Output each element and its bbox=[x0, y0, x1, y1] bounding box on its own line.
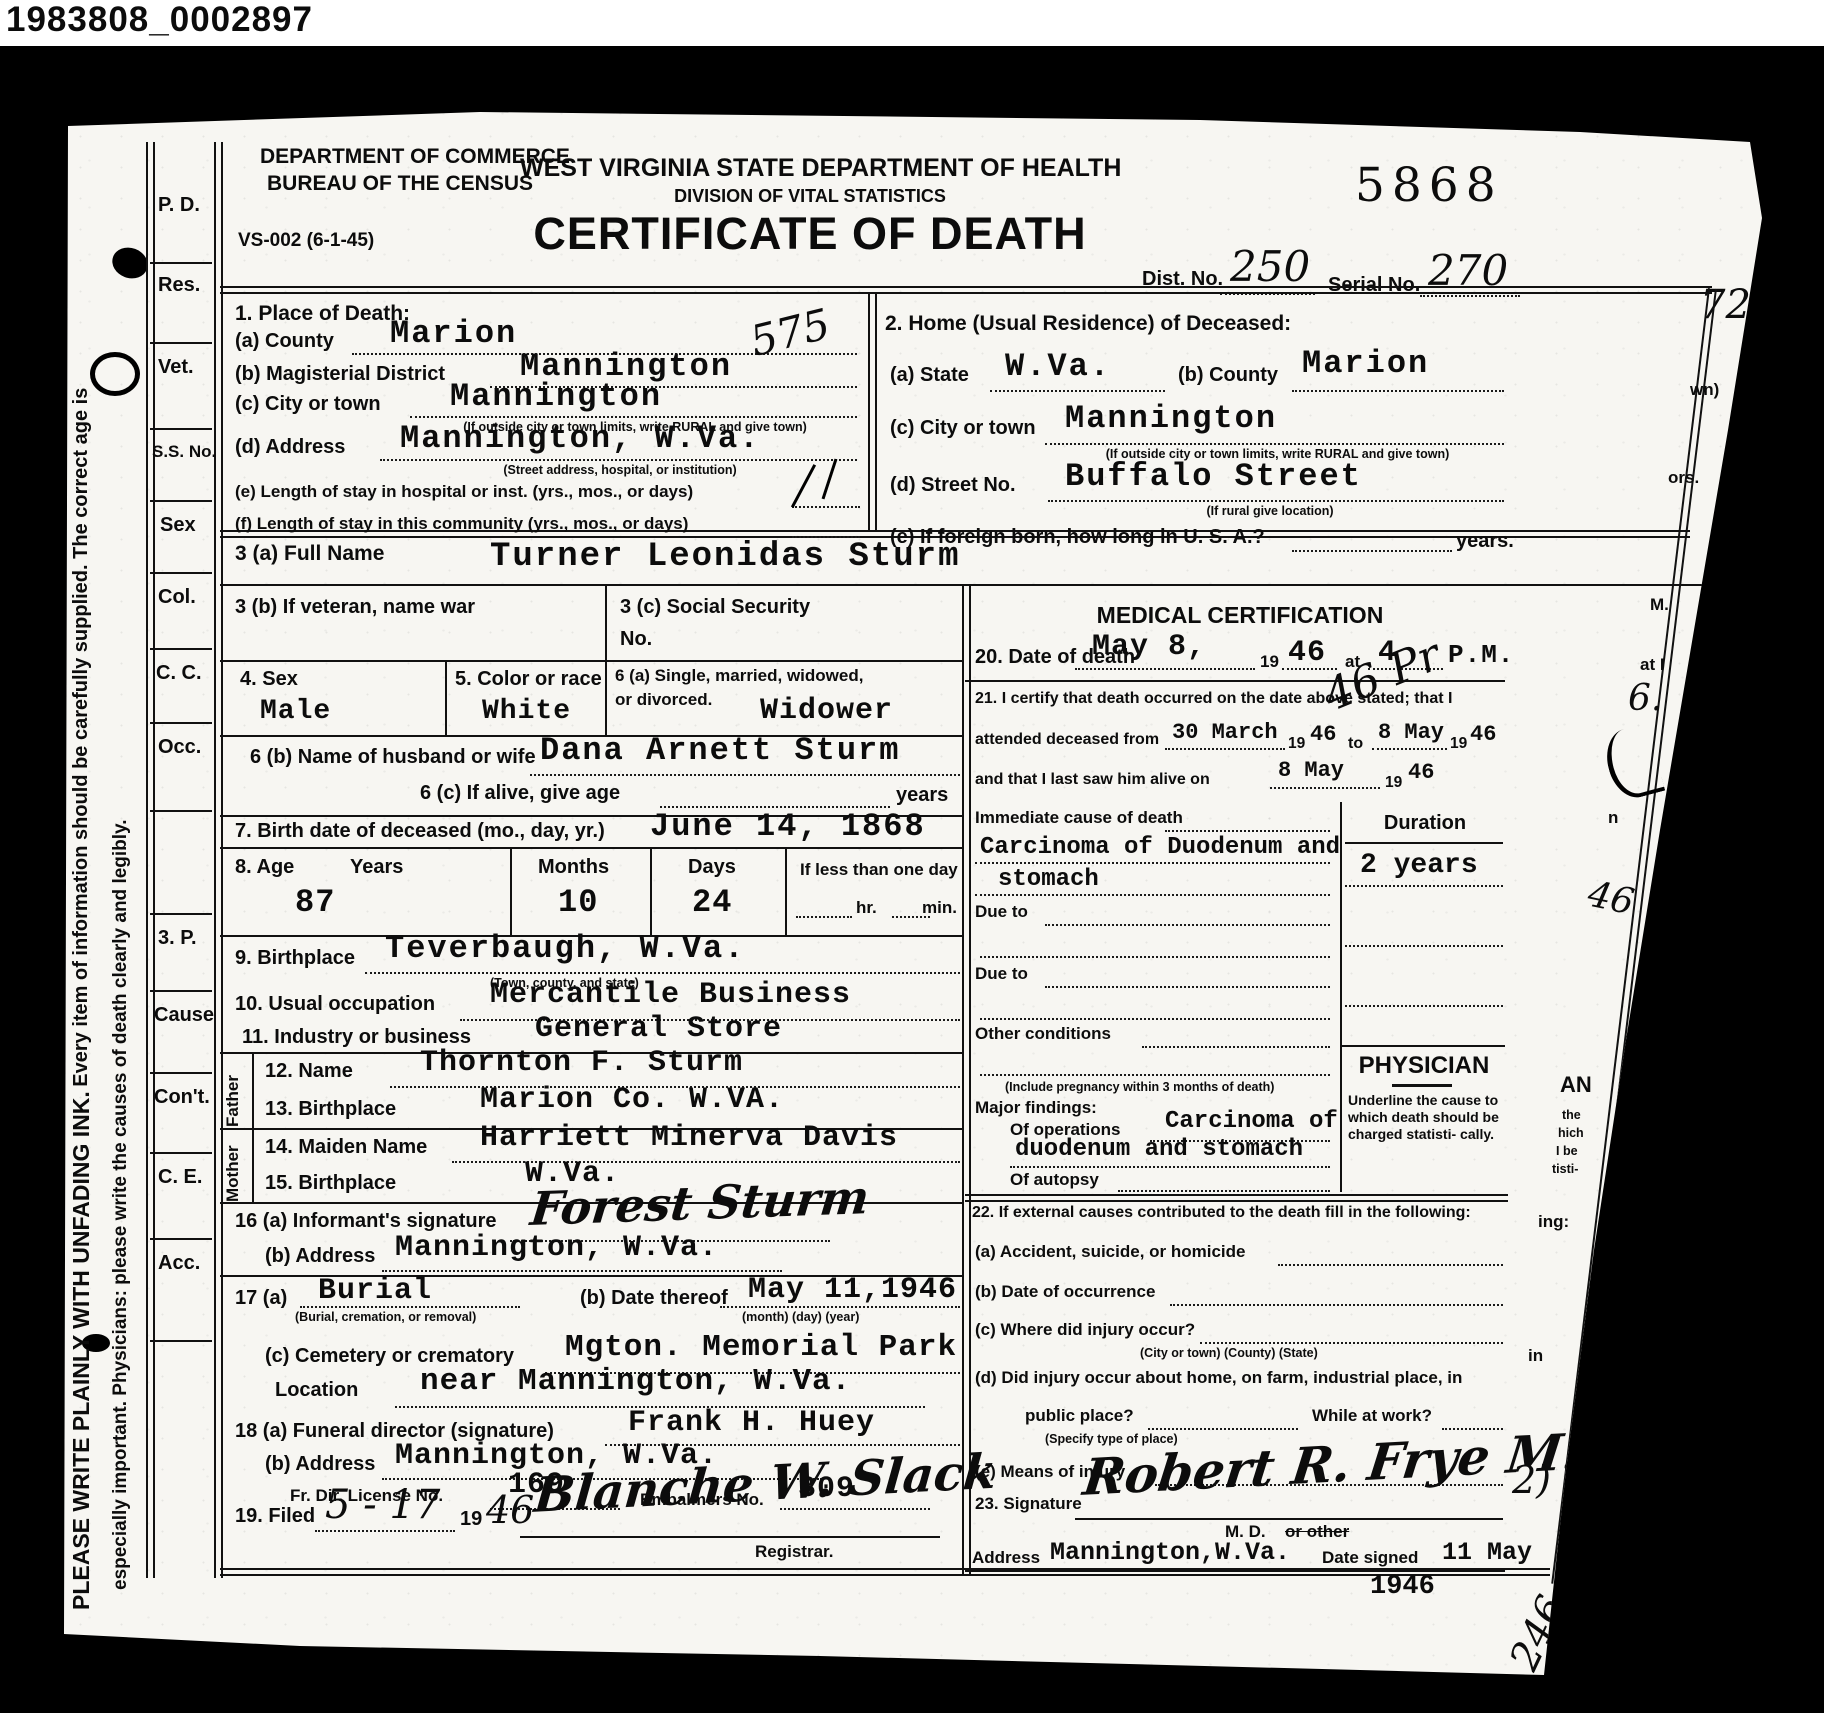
cell-divider bbox=[252, 1052, 254, 1202]
place-of-death-title: 1. Place of Death: bbox=[235, 302, 410, 326]
divider bbox=[520, 1536, 940, 1538]
of-operations-value1: Carcinoma of bbox=[1165, 1108, 1338, 1135]
res-state-label: (a) State bbox=[890, 364, 969, 387]
divider bbox=[220, 847, 962, 849]
due-to-label-1: Due to bbox=[975, 902, 1028, 922]
date-of-death-year: 46 bbox=[1288, 636, 1326, 670]
underpage-fragment: wn) bbox=[1690, 380, 1719, 400]
age-months-label: Months bbox=[538, 856, 609, 879]
father-name-value: Thornton F. Sturm bbox=[420, 1046, 743, 1080]
cemetery-value: Mgton. Memorial Park bbox=[565, 1330, 957, 1365]
header-division: DIVISION OF VITAL STATISTICS bbox=[520, 186, 1100, 207]
physician-underline-mark bbox=[1392, 1084, 1452, 1087]
pod-district-label: (b) Magisterial District bbox=[235, 363, 445, 386]
spouse-age-label: 6 (c) If alive, give age bbox=[420, 782, 620, 805]
accident-suicide-label: (a) Accident, suicide, or homicide bbox=[975, 1242, 1245, 1262]
dotted-line bbox=[410, 416, 857, 418]
duration-label: Duration bbox=[1350, 812, 1500, 835]
margin-label-col: Col. bbox=[158, 586, 196, 609]
of-autopsy-label: Of autopsy bbox=[1010, 1170, 1099, 1190]
scanned-death-certificate: { "file_label": "1983808_0002897", "head… bbox=[0, 0, 1824, 1713]
underpage-fragment: ors. bbox=[1668, 468, 1699, 488]
date-signed-label: Date signed bbox=[1322, 1548, 1418, 1568]
res-street-note: (If rural give location) bbox=[1120, 504, 1420, 518]
pod-stay-hospital-label: (e) Length of stay in hospital or inst. … bbox=[235, 482, 693, 502]
residence-title: 2. Home (Usual Residence) of Deceased: bbox=[885, 312, 1291, 336]
mother-side-label: Mother bbox=[223, 1130, 243, 1202]
father-birthplace-label: 13. Birthplace bbox=[265, 1098, 396, 1121]
age-less-than-day-label: If less than one day bbox=[800, 860, 958, 880]
birthplace-label: 9. Birthplace bbox=[235, 947, 355, 970]
mother-maiden-name-value: Harriett Minerva Davis bbox=[480, 1121, 898, 1155]
margin-label-res: Res. bbox=[158, 274, 200, 297]
disposal-value: Burial bbox=[318, 1274, 432, 1308]
underpage-fragment: tisti- bbox=[1552, 1162, 1578, 1176]
margin-line2: especially important. Physicians: please… bbox=[110, 820, 131, 1591]
date-of-death-value: May 8, bbox=[1092, 630, 1206, 664]
divider bbox=[150, 1340, 212, 1342]
sex-value: Male bbox=[260, 696, 331, 727]
dotted-line bbox=[975, 862, 1330, 864]
margin-instructions-inner: especially important. Physicians: please… bbox=[110, 210, 132, 1590]
father-birthplace-value: Marion Co. W.VA. bbox=[480, 1083, 784, 1117]
marital-label-line1: 6 (a) Single, married, widowed, bbox=[615, 666, 863, 686]
header-dept-line1: DEPARTMENT OF COMMERCE bbox=[260, 145, 540, 169]
physician-box-note: Underline the cause to which death shoul… bbox=[1348, 1092, 1500, 1142]
age-days-label: Days bbox=[688, 856, 736, 879]
handwritten-scribble-575: 575 bbox=[745, 299, 835, 366]
age-years-value: 87 bbox=[295, 884, 335, 921]
margin-label-ssno: S.S. No. bbox=[152, 442, 216, 462]
cell-divider bbox=[510, 847, 512, 935]
external-causes-label: 22. If external causes contributed to th… bbox=[972, 1204, 1471, 1222]
label-column-right-rule bbox=[214, 142, 223, 1578]
dotted-line bbox=[980, 1074, 1330, 1076]
age-years-label: Years bbox=[350, 856, 403, 879]
underpage-fragment: ing: bbox=[1538, 1212, 1569, 1232]
divider bbox=[1345, 842, 1503, 844]
attended-to-value: 8 May bbox=[1378, 720, 1444, 745]
attended-from-value: 30 March bbox=[1172, 720, 1278, 745]
margin-label-cause: Cause bbox=[154, 1004, 214, 1027]
divider bbox=[150, 810, 212, 812]
header-form-number: VS-002 (6-1-45) bbox=[238, 230, 374, 252]
major-findings-label: Major findings: bbox=[975, 1098, 1097, 1118]
certificate-page: PLEASE WRITE PLAINLY WITH UNFADING INK. … bbox=[60, 90, 1767, 1702]
margin-label-vet: Vet. bbox=[158, 356, 194, 379]
where-injury-note: (City or town) (County) (State) bbox=[1140, 1346, 1318, 1360]
immediate-cause-label: Immediate cause of death bbox=[975, 808, 1183, 828]
marital-label-line2: or divorced. bbox=[615, 690, 712, 710]
registrar-label: Registrar. bbox=[755, 1542, 833, 1562]
dotted-line bbox=[1165, 830, 1330, 832]
immediate-cause-line2: stomach bbox=[998, 866, 1099, 893]
underpage-fragment-handwriting: 46 bbox=[1584, 874, 1637, 924]
last-saw-year-prefix: 19 bbox=[1385, 774, 1402, 792]
res-street-value: Buffalo Street bbox=[1065, 458, 1362, 495]
public-place-label: public place? bbox=[1025, 1406, 1134, 1426]
divider bbox=[150, 342, 212, 344]
section-divider bbox=[868, 294, 877, 532]
disposal-label: 17 (a) bbox=[235, 1287, 287, 1310]
date-signed-value1: 11 May bbox=[1442, 1538, 1532, 1567]
scan-id: 1983808_0002897 bbox=[6, 0, 313, 40]
father-side-label: Father bbox=[223, 1055, 243, 1127]
full-name-value: Turner Leonidas Sturm bbox=[490, 538, 960, 576]
underpage-fragment: AN bbox=[1560, 1072, 1592, 1098]
spouse-age-suffix: years bbox=[896, 784, 948, 807]
funeral-director-value: Frank H. Huey bbox=[628, 1406, 875, 1440]
divider bbox=[150, 428, 212, 430]
divider bbox=[965, 1194, 1508, 1202]
pod-county-label: (a) County bbox=[235, 330, 334, 353]
dotted-line bbox=[1045, 924, 1330, 926]
occupation-value: Mercantile Business bbox=[490, 978, 851, 1012]
informant-signature-label: 16 (a) Informant's signature bbox=[235, 1210, 496, 1233]
dotted-line bbox=[1010, 1166, 1330, 1168]
date-of-occurrence-label: (b) Date of occurrence bbox=[975, 1282, 1155, 1302]
margin-label-pd: P. D. bbox=[158, 194, 200, 217]
immediate-cause-line1: Carcinoma of Duodenum and bbox=[980, 834, 1340, 861]
director-address-label: (b) Address bbox=[265, 1453, 375, 1476]
death-ampm-value: P.M. bbox=[1448, 640, 1514, 670]
sex-label: 4. Sex bbox=[240, 668, 298, 691]
pod-address-value: Mannington, W.Va. bbox=[400, 420, 760, 457]
attended-from-year: 46 bbox=[1310, 722, 1336, 747]
dist-no-value: 250 bbox=[1230, 242, 1310, 291]
dotted-line bbox=[980, 956, 1330, 958]
dotted-line bbox=[1075, 668, 1255, 670]
physician-address-value: Mannington,W.Va. bbox=[1050, 1538, 1290, 1567]
mother-birthplace-label: 15. Birthplace bbox=[265, 1172, 396, 1195]
physician-address-label: Address bbox=[972, 1548, 1040, 1568]
dotted-line bbox=[1170, 1304, 1503, 1306]
attended-from-year-prefix: 19 bbox=[1288, 735, 1305, 753]
divider bbox=[150, 913, 212, 915]
underpage-fragment: M. bbox=[1650, 595, 1669, 615]
last-saw-alive-value: 8 May bbox=[1278, 758, 1344, 783]
divider bbox=[150, 722, 212, 724]
date-of-death-year-prefix: 19 bbox=[1260, 652, 1279, 672]
dotted-line bbox=[1142, 1046, 1330, 1048]
pod-city-label: (c) City or town bbox=[235, 393, 381, 416]
dotted-line bbox=[1045, 443, 1504, 445]
header-dept-line2: BUREAU OF THE CENSUS bbox=[260, 172, 540, 196]
dotted-line bbox=[1278, 1264, 1503, 1266]
dotted-line bbox=[1292, 390, 1504, 392]
dotted-line bbox=[1345, 885, 1503, 887]
dotted-line bbox=[380, 459, 857, 461]
dotted-line bbox=[1372, 748, 1447, 750]
where-injury-label: (c) Where did injury occur? bbox=[975, 1320, 1195, 1340]
cell-divider bbox=[785, 847, 787, 935]
duration-value: 2 years bbox=[1360, 850, 1478, 881]
divider bbox=[150, 1152, 212, 1154]
disposal-date-label: (b) Date thereof bbox=[580, 1287, 728, 1310]
full-name-label: 3 (a) Full Name bbox=[235, 542, 384, 566]
last-saw-alive-label: and that I last saw him alive on bbox=[975, 771, 1210, 789]
underpage-fragment: I be bbox=[1556, 1144, 1578, 1158]
divider bbox=[1340, 1045, 1505, 1047]
dotted-line bbox=[1292, 550, 1452, 552]
underpage-fragment-handwriting: 246 bbox=[1501, 1589, 1575, 1678]
disposal-date-value: May 11,1946 bbox=[748, 1273, 957, 1307]
dotted-line bbox=[315, 1530, 455, 1532]
cemetery-location-value: near Mannington, W.Va. bbox=[420, 1364, 851, 1399]
pod-address-label: (d) Address bbox=[235, 436, 345, 459]
margin-label-acc: Acc. bbox=[158, 1252, 200, 1275]
filed-label: 19. Filed bbox=[235, 1505, 315, 1528]
informant-signature: Forest Sturm bbox=[528, 1170, 872, 1236]
dotted-line bbox=[1200, 1342, 1503, 1344]
label-column-left-rule bbox=[146, 142, 155, 1578]
document-title: CERTIFICATE OF DEATH bbox=[490, 208, 1130, 260]
dotted-line bbox=[1048, 500, 1504, 502]
res-county-label: (b) County bbox=[1178, 364, 1278, 387]
physician-signature-label: 23. Signature bbox=[975, 1494, 1082, 1514]
dotted-line bbox=[796, 916, 852, 918]
cell-divider bbox=[605, 660, 607, 735]
spouse-label: 6 (b) Name of husband or wife bbox=[250, 746, 536, 769]
veteran-war-label: 3 (b) If veteran, name war bbox=[235, 596, 475, 619]
birth-date-value: June 14, 1868 bbox=[650, 808, 926, 845]
cell-divider bbox=[650, 847, 652, 935]
filed-date-value: 5 - 17 bbox=[325, 1482, 440, 1528]
race-value: White bbox=[482, 696, 571, 727]
header-rule bbox=[220, 286, 1712, 294]
underpage-fragment-handwriting: 2) bbox=[1512, 1458, 1551, 1502]
underpage-fragment: in bbox=[1528, 1346, 1543, 1366]
spouse-value: Dana Arnett Sturm bbox=[540, 732, 900, 769]
margin-emphasis: PLEASE WRITE PLAINLY WITH UNFADING INK. bbox=[68, 1091, 94, 1610]
underpage-fragment: the bbox=[1562, 1108, 1581, 1122]
other-conditions-label: Other conditions bbox=[975, 1024, 1111, 1044]
scan-header-strip: 1983808_0002897 bbox=[0, 0, 1824, 46]
physician-box-title: PHYSICIAN bbox=[1345, 1052, 1503, 1080]
dotted-line bbox=[990, 390, 1165, 392]
cell-divider bbox=[605, 584, 607, 660]
medical-certification-title: MEDICAL CERTIFICATION bbox=[1060, 602, 1420, 629]
ssn-label-line1: 3 (c) Social Security bbox=[620, 596, 810, 619]
dotted-line bbox=[365, 972, 960, 974]
divider bbox=[220, 660, 962, 662]
attended-to-year-prefix: 19 bbox=[1450, 735, 1467, 753]
divider bbox=[150, 648, 212, 650]
column-divider bbox=[962, 584, 971, 1574]
pregnancy-note: (Include pregnancy within 3 months of de… bbox=[1005, 1080, 1274, 1094]
divider bbox=[150, 990, 212, 992]
dotted-line bbox=[1270, 787, 1380, 789]
dotted-line bbox=[382, 1270, 782, 1272]
dotted-line bbox=[975, 894, 1330, 896]
father-name-label: 12. Name bbox=[265, 1060, 353, 1083]
due-to-label-2: Due to bbox=[975, 964, 1028, 984]
dotted-line bbox=[980, 1018, 1330, 1020]
filed-year-value: 46 bbox=[486, 1488, 534, 1532]
underpage-fragment: n bbox=[1608, 808, 1618, 828]
res-county-value: Marion bbox=[1302, 345, 1429, 382]
underpage-fragment-handwriting: 6. bbox=[1628, 678, 1662, 719]
date-signed-value2: 1946 bbox=[1370, 1572, 1435, 1602]
res-state-value: W.Va. bbox=[1005, 348, 1111, 385]
margin-label-occ: Occ. bbox=[158, 736, 201, 759]
while-at-work-label: While at work? bbox=[1312, 1406, 1432, 1426]
informant-address-value: Mannington, W.Va. bbox=[395, 1231, 718, 1265]
pod-city-value: Mannington bbox=[450, 378, 662, 415]
margin-label-sex: Sex bbox=[160, 514, 196, 537]
dotted-line bbox=[1345, 945, 1503, 947]
dotted-line bbox=[1345, 1005, 1503, 1007]
age-months-value: 10 bbox=[558, 884, 598, 921]
pod-stay-community-label: (f) Length of stay in this community (yr… bbox=[235, 514, 688, 534]
underpage-fragment: at I bbox=[1640, 655, 1665, 675]
divider bbox=[150, 1238, 212, 1240]
divider bbox=[150, 500, 212, 502]
dotted-line bbox=[1118, 1190, 1330, 1192]
mother-maiden-name-label: 14. Maiden Name bbox=[265, 1136, 427, 1159]
duration-column-divider bbox=[1340, 802, 1342, 1192]
marital-value: Widower bbox=[760, 694, 893, 728]
dotted-line bbox=[1045, 986, 1330, 988]
disposal-date-note: (month) (day) (year) bbox=[742, 1310, 859, 1324]
disposal-note: (Burial, cremation, or removal) bbox=[295, 1310, 476, 1324]
attended-to-label: to bbox=[1348, 735, 1363, 753]
filed-year-prefix: 19 bbox=[460, 1508, 482, 1531]
certify-attended-label: attended deceased from bbox=[975, 731, 1159, 749]
dotted-line bbox=[1420, 295, 1520, 297]
divider bbox=[150, 572, 212, 574]
dotted-line bbox=[1165, 748, 1285, 750]
divider bbox=[1075, 1518, 1503, 1520]
ssn-label-line2: No. bbox=[620, 628, 652, 651]
margin-label-cc: C. C. bbox=[156, 662, 202, 685]
informant-address-label: (b) Address bbox=[265, 1245, 375, 1268]
attended-to-year: 46 bbox=[1470, 722, 1496, 747]
age-hr-label: hr. bbox=[856, 898, 877, 918]
industry-value: General Store bbox=[535, 1012, 782, 1046]
dotted-line bbox=[300, 1306, 520, 1308]
dotted-line bbox=[720, 1306, 960, 1308]
divider bbox=[150, 1072, 212, 1074]
margin-line1: Every item of information should be care… bbox=[70, 388, 92, 1087]
margin-label-cont: Con't. bbox=[154, 1086, 210, 1109]
res-city-label: (c) City or town bbox=[890, 417, 1036, 440]
race-label: 5. Color or race bbox=[455, 668, 602, 691]
md-or-other-struck-label: or other bbox=[1285, 1522, 1349, 1542]
dotted-line bbox=[1148, 1428, 1298, 1430]
age-min-label: min. bbox=[922, 898, 957, 918]
dotted-line bbox=[792, 506, 860, 508]
divider bbox=[150, 262, 212, 264]
cell-divider bbox=[445, 660, 447, 735]
dotted-line bbox=[530, 774, 960, 776]
age-days-value: 24 bbox=[692, 884, 732, 921]
res-street-label: (d) Street No. bbox=[890, 474, 1016, 497]
certificate-stamp-number: 5868 bbox=[1355, 158, 1503, 213]
header-state-title: WEST VIRGINIA STATE DEPARTMENT OF HEALTH bbox=[520, 154, 1100, 183]
res-foreign-suffix: years. bbox=[1456, 530, 1514, 553]
pod-address-note: (Street address, hospital, or institutio… bbox=[390, 463, 850, 477]
injury-home-farm-label: (d) Did injury occur about home, on farm… bbox=[975, 1368, 1462, 1388]
pod-county-value: Marion bbox=[390, 315, 517, 352]
occupation-label: 10. Usual occupation bbox=[235, 993, 435, 1016]
margin-label-3p: 3. P. bbox=[158, 927, 197, 950]
birth-date-label: 7. Birth date of deceased (mo., day, yr.… bbox=[235, 820, 605, 843]
of-operations-value2: duodenum and stomach bbox=[1015, 1136, 1303, 1163]
cemetery-location-label: Location bbox=[275, 1379, 358, 1402]
last-saw-year: 46 bbox=[1408, 760, 1434, 785]
age-label: 8. Age bbox=[235, 856, 294, 879]
margin-label-ce: C. E. bbox=[158, 1166, 202, 1189]
birthplace-value: Teverbaugh, W.Va. bbox=[385, 930, 745, 967]
margin-instructions-outer: PLEASE WRITE PLAINLY WITH UNFADING INK. … bbox=[68, 170, 95, 1610]
res-city-value: Mannington bbox=[1065, 400, 1277, 437]
underpage-fragment: hich bbox=[1558, 1126, 1584, 1140]
